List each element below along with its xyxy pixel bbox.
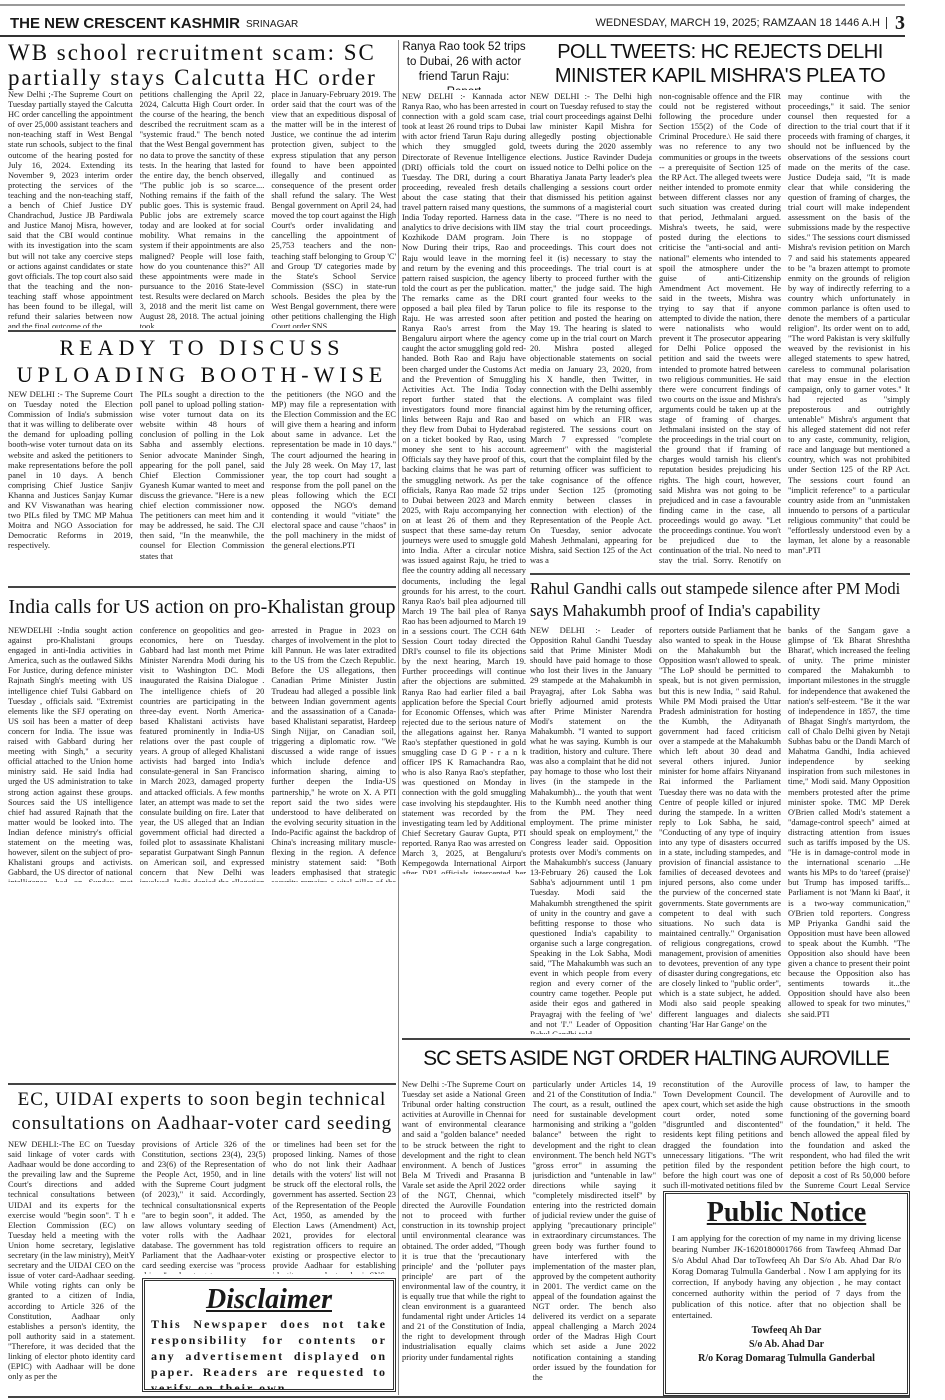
disclaimer-body: This Newspaper does not take responsibil… <box>151 1316 387 1392</box>
headline-rahul-gandhi: Rahul Gandhi calls out stampede silence … <box>530 578 910 624</box>
article-column: NEW DELHI :- Leader of Opposition Rahul … <box>530 626 652 1034</box>
headline-wb-scam: WB school recruitment scam: SC partially… <box>8 40 396 90</box>
article-ranya-rao: NEW DELHI :- Kannada actor Ranya Rao, wh… <box>402 92 526 874</box>
article-voter-data: NEW DELHI :- The Supreme Court on Tuesda… <box>8 390 396 582</box>
page-number: 3 <box>887 12 905 35</box>
article-column: non-cognisable offence and the FIR could… <box>659 92 781 564</box>
uidai-right: provisions of Article 326 of the Constit… <box>142 1140 396 1392</box>
article-wb-scam: New Delhi ;-The Supreme Court on Tuesday… <box>8 90 396 328</box>
uidai-right-cols: provisions of Article 326 of the Constit… <box>142 1140 396 1274</box>
headline-uidai: EC, UIDAI experts to soon begin technica… <box>8 1088 396 1138</box>
article-column: NEWDELHI :-India sought action against p… <box>8 626 133 882</box>
article-column: New Delhi :-The Supreme Court on Tuesday… <box>402 1080 526 1396</box>
article-auroville: New Delhi :-The Supreme Court on Tuesday… <box>402 1080 910 1396</box>
public-notice-box: Public Notice I am applying for the core… <box>663 1191 910 1396</box>
headline-auroville: SC SETS ASIDE NGT ORDER HALTING AUROVILL… <box>402 1042 910 1076</box>
article-column: The PILs sought a direction to the poll … <box>140 390 265 582</box>
disclaimer-title: Disclaimer <box>151 1284 387 1316</box>
masthead: THE NEW CRESCENT KASHMIR SRINAGAR WEDNES… <box>10 12 905 34</box>
article-column: arrested in Prague in 2023 on charges of… <box>271 626 396 882</box>
divider <box>8 586 396 588</box>
article-uidai: NEW DEHLI:-The EC on Tuesday said linkag… <box>8 1140 396 1392</box>
article-column: NEW DELHI :- The Delhi high court on Tue… <box>530 92 652 564</box>
article-column: or timelines had been set for the propos… <box>273 1140 397 1274</box>
divider <box>402 1038 910 1040</box>
article-column: NEW DEHLI:-The EC on Tuesday said linkag… <box>8 1140 135 1392</box>
page-bottom-rule <box>8 1396 910 1398</box>
auroville-right: reconstitution of the Auroville Town Dev… <box>663 1080 910 1396</box>
divider <box>530 573 910 575</box>
column-separator <box>398 40 399 1395</box>
article-khalistan: NEWDELHI :-India sought action against p… <box>8 626 396 882</box>
article-rahul-gandhi: NEW DELHI :- Leader of Opposition Rahul … <box>530 626 910 1034</box>
headline-voter-data: READY TO DISCUSS UPLOADING BOOTH-WISE VO… <box>8 334 396 388</box>
article-column: provisions of Article 326 of the Constit… <box>142 1140 266 1274</box>
article-column: conference on geopolitics and geo-econom… <box>140 626 265 882</box>
article-poll-tweets: NEW DELHI :- The Delhi high court on Tue… <box>530 92 910 564</box>
public-notice-signature-name: Towfeeq Ah Dar <box>672 1324 901 1338</box>
article-column: reconstitution of the Auroville Town Dev… <box>663 1080 783 1188</box>
public-notice-body: I am applying for the corection of my na… <box>672 1233 901 1321</box>
paper-name: THE NEW CRESCENT KASHMIR <box>10 15 240 32</box>
article-column: process of law, to hamper the developmen… <box>790 1080 910 1188</box>
public-notice-title: Public Notice <box>672 1196 901 1230</box>
article-column: banks of the Sangam gave a glimpse of 'E… <box>788 626 910 1034</box>
auroville-right-cols: reconstitution of the Auroville Town Dev… <box>663 1080 910 1188</box>
article-column: the petitioners (the NGO and the MP) may… <box>271 390 396 582</box>
public-notice-signature-address: R/o Korag Domarag Tulmulla Ganderbal <box>672 1352 901 1366</box>
article-column: place in January-February 2019. The orde… <box>271 90 396 328</box>
article-column: may continue with the proceedings," it s… <box>788 92 910 564</box>
article-column: petitions challenging the April 22, 2024… <box>140 90 265 328</box>
article-column: New Delhi ;-The Supreme Court on Tuesday… <box>8 90 133 328</box>
article-column: NEW DELHI :- The Supreme Court on Tuesda… <box>8 390 133 582</box>
headline-ranya-rao: Ranya Rao took 52 trips to Dubai, 26 wit… <box>402 40 526 90</box>
headline-poll-tweets: POLL TWEETS: HC REJECTS DELHI MINISTER K… <box>530 40 910 92</box>
divider <box>8 1083 396 1085</box>
article-column: reporters outside Parliament that he als… <box>659 626 781 1034</box>
disclaimer-box: Disclaimer This Newspaper does not take … <box>142 1278 396 1392</box>
divider <box>8 330 396 332</box>
public-notice-signature-parent: S/o Ab. Ahad Dar <box>672 1338 901 1352</box>
headline-khalistan: India calls for US action on pro-Khalist… <box>8 592 396 622</box>
article-column: particularly under Articles 14, 19 and 2… <box>533 1080 657 1396</box>
masthead-rule <box>0 35 905 37</box>
issue-date: WEDNESDAY, MARCH 19, 2025; RAMZAAN 18 14… <box>596 17 887 29</box>
city: SRINAGAR <box>246 19 298 30</box>
masthead-top-rule <box>0 4 905 6</box>
